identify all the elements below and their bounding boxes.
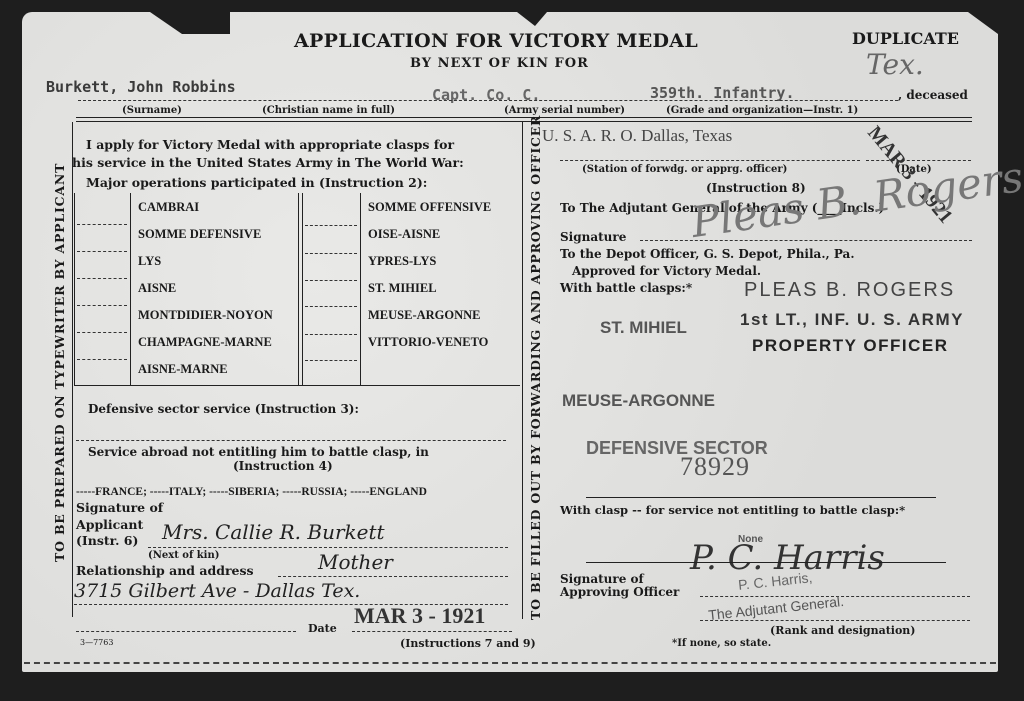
number-stamp: 78929 — [680, 452, 750, 482]
grade-label: (Grade and organization—Instr. 1) — [666, 105, 858, 116]
date-label: Date — [308, 622, 337, 635]
checkbox-line — [77, 224, 127, 225]
signature-line — [148, 547, 508, 548]
next-of-kin-label: (Next of kin) — [148, 550, 219, 561]
form-title: APPLICATION FOR VICTORY MEDAL — [294, 30, 698, 52]
clasp-service-label: With clasp -- for service not entitling … — [560, 503, 905, 517]
name-line — [78, 100, 898, 101]
operation-item: AISNE — [138, 281, 176, 296]
relationship-value: Mother — [318, 550, 393, 574]
clasp-line — [586, 497, 936, 498]
operation-item: VITTORIO-VENETO — [368, 335, 488, 350]
address-value: 3715 Gilbert Ave - Dallas Tex. — [74, 580, 360, 602]
station-value: U. S. A. R. O. Dallas, Texas — [542, 126, 732, 146]
checkbox-line — [305, 334, 357, 335]
operation-item: MONTDIDIER-NOYON — [138, 308, 273, 323]
checkbox-line — [305, 360, 357, 361]
checkbox-line — [305, 280, 357, 281]
checkbox-line — [305, 253, 357, 254]
signature-label: Signature — [560, 230, 626, 244]
defensive-line — [76, 440, 506, 441]
left-border — [72, 122, 73, 617]
operation-item: LYS — [138, 254, 161, 269]
major-ops-label: Major operations participated in (Instru… — [86, 175, 427, 190]
defensive-sector-label: Defensive sector service (Instruction 3)… — [88, 402, 359, 416]
abroad-line2: (Instruction 4) — [233, 459, 333, 473]
relationship-label: Relationship and address — [76, 563, 254, 578]
right-side-label: TO BE FILLED OUT BY FORWARDING AND APPRO… — [528, 115, 543, 620]
operation-item: YPRES-LYS — [368, 254, 436, 269]
officer-stamp-name: PLEAS B. ROGERS — [744, 279, 955, 302]
checkbox-line — [305, 306, 357, 307]
officer-stamp-rank: 1st LT., INF. U. S. ARMY — [740, 310, 964, 330]
ops-grid-bottom — [74, 385, 520, 386]
date-left-line — [76, 631, 296, 632]
instructions-7-9: (Instructions 7 and 9) — [400, 637, 536, 650]
footnote: *If none, so state. — [672, 638, 771, 649]
station-line — [560, 160, 860, 161]
clasp-stamp-meuse-argonne: MEUSE-ARGONNE — [562, 391, 715, 411]
left-side-label: TO BE PREPARED ON TYPEWRITER BY APPLICAN… — [52, 163, 67, 562]
applicant-label: Applicant — [76, 517, 143, 532]
applicant-signature: Mrs. Callie R. Burkett — [162, 520, 385, 544]
intro-line1: I apply for Victory Medal with appropria… — [86, 137, 454, 152]
checkbox-line — [77, 359, 127, 360]
operation-item: MEUSE-ARGONNE — [368, 308, 481, 323]
checkbox-line — [77, 332, 127, 333]
duplicate-label: DUPLICATE — [852, 29, 959, 48]
approving-line — [586, 562, 946, 563]
header-divider — [76, 121, 972, 122]
soldier-serial: Capt. Co. C. — [432, 86, 540, 104]
abroad-line1: Service abroad not entitling him to batt… — [88, 445, 429, 459]
operation-item: ST. MIHIEL — [368, 281, 437, 296]
approving-label2: Approving Officer — [560, 585, 679, 599]
officer-stamp-title: PROPERTY OFFICER — [752, 336, 949, 356]
date-line — [352, 631, 512, 632]
christian-name-label: (Christian name in full) — [262, 105, 395, 116]
to-depot-label: To the Depot Officer, G. S. Depot, Phila… — [560, 247, 855, 261]
operation-item: OISE-AISNE — [368, 227, 440, 242]
handwritten-state: Tex. — [866, 48, 924, 81]
intro-line2: his service in the United States Army in… — [72, 155, 464, 170]
deceased-label: , deceased — [898, 88, 968, 102]
instr6-label: (Instr. 6) — [76, 533, 138, 548]
form-number: 3—7763 — [80, 638, 113, 647]
checkbox-line — [77, 251, 127, 252]
clasp-stamp-st-mihiel: ST. MIHIEL — [600, 318, 687, 338]
ops-grid-line — [130, 193, 131, 385]
checkbox-line — [77, 278, 127, 279]
approving-label1: Signature of — [560, 572, 644, 586]
checkbox-line — [77, 305, 127, 306]
serial-label: (Army serial number) — [504, 105, 625, 116]
operation-item: CAMBRAI — [138, 200, 199, 215]
countries-list: -----FRANCE; -----ITALY; -----SIBERIA; -… — [76, 486, 427, 498]
date-stamp: MAR 3 - 1921 — [354, 603, 485, 629]
operation-item: SOMME OFFENSIVE — [368, 200, 491, 215]
rank-line — [700, 620, 970, 621]
perforation-line — [24, 662, 996, 664]
operation-item: SOMME DEFENSIVE — [138, 227, 261, 242]
ops-grid-line — [302, 193, 303, 385]
relationship-line — [278, 576, 508, 577]
form-subtitle: BY NEXT OF KIN FOR — [410, 56, 589, 71]
center-divider — [522, 122, 523, 619]
soldier-name: Burkett, John Robbins — [46, 78, 236, 96]
ops-grid-line — [74, 193, 75, 385]
rank-designation-label: (Rank and designation) — [770, 624, 916, 637]
battle-clasps-label: With battle clasps:* — [560, 281, 692, 295]
operation-item: CHAMPAGNE-MARNE — [138, 335, 272, 350]
ops-grid-line — [360, 193, 361, 385]
approved-label: Approved for Victory Medal. — [572, 264, 761, 278]
ops-grid-line — [298, 193, 299, 385]
operation-item: AISNE-MARNE — [138, 362, 228, 377]
header-divider — [76, 117, 972, 118]
station-label: (Station of forwdg. or apprg. officer) — [582, 164, 787, 175]
surname-label: (Surname) — [122, 105, 182, 116]
signature-label: Signature of — [76, 500, 163, 515]
signature-line — [640, 240, 972, 241]
checkbox-line — [305, 225, 357, 226]
